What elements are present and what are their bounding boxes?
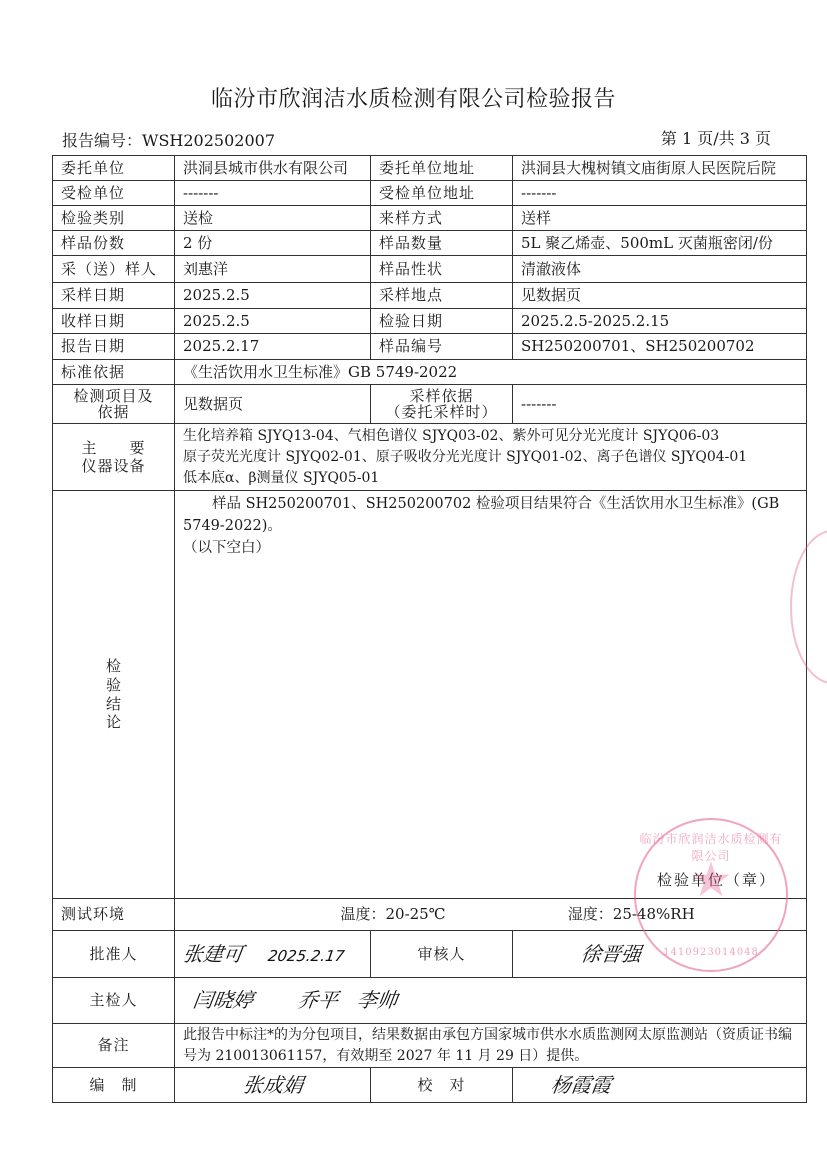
- label-conclusion-char: 结: [61, 695, 166, 714]
- value-sample-count: 2 份: [175, 231, 371, 256]
- row-inspected: 受检单位 ------- 受检单位地址 -------: [53, 181, 807, 206]
- value-standard: 《生活饮用水卫生标准》GB 5749-2022: [175, 360, 807, 385]
- humidity: 湿度：25-48%RH: [568, 905, 695, 923]
- label-items-line2: 依据: [97, 403, 129, 421]
- value-remarks: 此报告中标注*的为分包项目，结果数据由承包方国家城市供水水质监测网太原监测站（资…: [175, 1024, 807, 1068]
- label-sampling-basis: 采样依据（委托采样时）: [371, 385, 513, 424]
- label-receipt-date: 收样日期: [53, 309, 175, 334]
- equipment-line: 生化培养箱 SJYQ13-04、气相色谱仪 SJYQ03-02、紫外可见分光光度…: [183, 426, 798, 447]
- equipment-line: 低本底α、β测量仪 SJYQ05-01: [183, 468, 798, 489]
- approver-signature-cell: 张建可 2025.2.17: [175, 931, 371, 978]
- row-items: 检测项目及依据 见数据页 采样依据（委托采样时） -------: [53, 385, 807, 424]
- row-inspector: 主检人 闫晓婷 乔平 李帅: [53, 978, 807, 1024]
- approver-sign-date: 2025.2.17: [266, 947, 345, 966]
- value-client-address: 洪洞县大槐树镇文庙街原人民医院后院: [513, 156, 807, 181]
- label-inspector: 主检人: [53, 978, 175, 1024]
- value-inspected: -------: [175, 181, 371, 206]
- label-items-line1: 检测项目及: [73, 387, 153, 405]
- value-receipt-date: 2025.2.5: [175, 309, 371, 334]
- inspector-signature: 闫晓婷: [191, 988, 255, 1013]
- row-approval: 批准人 张建可 2025.2.17 审核人 徐晋强: [53, 931, 807, 978]
- label-equipment-line2: 仪器设备: [81, 457, 145, 475]
- label-sampling-date: 采样日期: [53, 283, 175, 309]
- value-sample-quantity: 5L 聚乙烯壶、500mL 灭菌瓶密闭/份: [513, 231, 807, 256]
- value-conclusion: 样品 SH250200701、SH250200702 检验项目结果符合《生活饮用…: [175, 491, 807, 899]
- report-table: 委托单位 洪洞县城市供水有限公司 委托单位地址 洪洞县大槐树镇文庙街原人民医院后…: [52, 155, 807, 1103]
- temperature: 温度：20-25℃: [183, 905, 563, 924]
- inspector-signature: 李帅: [355, 988, 399, 1013]
- blank-note: （以下空白）: [183, 537, 798, 559]
- value-sample-id: SH250200701、SH250200702: [513, 334, 807, 360]
- label-sample-id: 样品编号: [371, 334, 513, 360]
- label-equipment-line1: 主 要: [81, 439, 145, 457]
- inspector-signatures-cell: 闫晓婷 乔平 李帅: [175, 978, 807, 1024]
- label-inspected: 受检单位: [53, 181, 175, 206]
- value-environment: 温度：20-25℃ 湿度：25-48%RH: [175, 899, 807, 931]
- label-client-address: 委托单位地址: [371, 156, 513, 181]
- report-number-value: WSH202502007: [142, 131, 275, 150]
- report-number-label: 报告编号：: [62, 131, 142, 150]
- label-sampling-basis-line1: 采样依据: [409, 387, 473, 405]
- label-client: 委托单位: [53, 156, 175, 181]
- label-conclusion-char: 验: [61, 676, 166, 695]
- value-equipment: 生化培养箱 SJYQ13-04、气相色谱仪 SJYQ03-02、紫外可见分光光度…: [175, 424, 807, 491]
- row-client: 委托单位 洪洞县城市供水有限公司 委托单位地址 洪洞县大槐树镇文庙街原人民医院后…: [53, 156, 807, 181]
- label-conclusion-char: 论: [61, 713, 166, 732]
- label-sampling-basis-line2: （委托采样时）: [385, 403, 497, 421]
- row-compile: 编 制 张成娟 校 对 杨霞霞: [53, 1068, 807, 1103]
- row-equipment: 主 要仪器设备 生化培养箱 SJYQ13-04、气相色谱仪 SJYQ03-02、…: [53, 424, 807, 491]
- label-environment: 测试环境: [53, 899, 175, 931]
- reviewer-signature-cell: 徐晋强: [513, 931, 807, 978]
- label-sample-quantity: 样品数量: [371, 231, 513, 256]
- approver-signature: 张建可: [181, 942, 245, 967]
- value-delivery-method: 送样: [513, 206, 807, 231]
- row-environment: 测试环境 温度：20-25℃ 湿度：25-48%RH: [53, 899, 807, 931]
- inspector-signature: 乔平: [296, 988, 340, 1013]
- proofreader-signature: 杨霞霞: [549, 1073, 613, 1098]
- value-sampling-location: 见数据页: [513, 283, 807, 309]
- value-test-date: 2025.2.5-2025.2.15: [513, 309, 807, 334]
- label-remarks: 备注: [53, 1024, 175, 1068]
- row-sample-count: 样品份数 2 份 样品数量 5L 聚乙烯壶、500mL 灭菌瓶密闭/份: [53, 231, 807, 256]
- value-report-date: 2025.2.17: [175, 334, 371, 360]
- row-sampler: 采（送）样人 刘惠洋 样品性状 清澈液体: [53, 256, 807, 283]
- value-inspected-address: -------: [513, 181, 807, 206]
- label-test-date: 检验日期: [371, 309, 513, 334]
- label-conclusion: 检 验 结 论: [53, 491, 175, 899]
- label-reviewer: 审核人: [371, 931, 513, 978]
- value-client: 洪洞县城市供水有限公司: [175, 156, 371, 181]
- seal-label: 检验单位（章）: [657, 871, 776, 890]
- row-receipt-date: 收样日期 2025.2.5 检验日期 2025.2.5-2025.2.15: [53, 309, 807, 334]
- label-items: 检测项目及依据: [53, 385, 175, 424]
- label-inspected-address: 受检单位地址: [371, 181, 513, 206]
- value-sample-state: 清澈液体: [513, 256, 807, 283]
- row-category: 检验类别 送检 来样方式 送样: [53, 206, 807, 231]
- value-items: 见数据页: [175, 385, 371, 424]
- report-title: 临汾市欣润洁水质检测有限公司检验报告: [0, 82, 827, 113]
- value-category: 送检: [175, 206, 371, 231]
- row-sampling-date: 采样日期 2025.2.5 采样地点 见数据页: [53, 283, 807, 309]
- proofreader-signature-cell: 杨霞霞: [513, 1068, 807, 1103]
- compiler-signature: 张成娟: [241, 1073, 305, 1098]
- page-info: 第 1 页/共 3 页: [661, 126, 771, 149]
- row-conclusion: 检 验 结 论 样品 SH250200701、SH250200702 检验项目结…: [53, 491, 807, 899]
- conclusion-text: 样品 SH250200701、SH250200702 检验项目结果符合《生活饮用…: [183, 493, 798, 537]
- label-sample-count: 样品份数: [53, 231, 175, 256]
- label-compiler: 编 制: [53, 1068, 175, 1103]
- value-sampling-date: 2025.2.5: [175, 283, 371, 309]
- value-sampler: 刘惠洋: [175, 256, 371, 283]
- row-report-date: 报告日期 2025.2.17 样品编号 SH250200701、SH250200…: [53, 334, 807, 360]
- report-number: 报告编号：WSH202502007: [62, 128, 275, 151]
- row-standard: 标准依据 《生活饮用水卫生标准》GB 5749-2022: [53, 360, 807, 385]
- label-delivery-method: 来样方式: [371, 206, 513, 231]
- label-category: 检验类别: [53, 206, 175, 231]
- label-equipment: 主 要仪器设备: [53, 424, 175, 491]
- label-sampler: 采（送）样人: [53, 256, 175, 283]
- reviewer-signature: 徐晋强: [579, 942, 643, 967]
- label-standard: 标准依据: [53, 360, 175, 385]
- value-sampling-basis: -------: [513, 385, 807, 424]
- label-proofreader: 校 对: [371, 1068, 513, 1103]
- row-remarks: 备注 此报告中标注*的为分包项目，结果数据由承包方国家城市供水水质监测网太原监测…: [53, 1024, 807, 1068]
- compiler-signature-cell: 张成娟: [175, 1068, 371, 1103]
- label-sample-state: 样品性状: [371, 256, 513, 283]
- label-sampling-location: 采样地点: [371, 283, 513, 309]
- label-report-date: 报告日期: [53, 334, 175, 360]
- equipment-line: 原子荧光光度计 SJYQ02-01、原子吸收分光光度计 SJYQ01-02、离子…: [183, 447, 798, 468]
- label-conclusion-char: 检: [61, 657, 166, 676]
- label-approver: 批准人: [53, 931, 175, 978]
